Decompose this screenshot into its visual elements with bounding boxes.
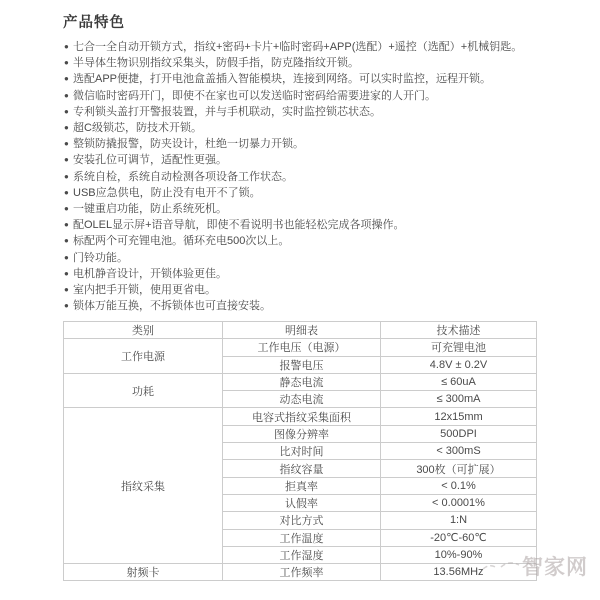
value-cell: ≤ 300mA bbox=[381, 391, 537, 408]
value-cell: 10%-90% bbox=[381, 546, 537, 563]
bullet-icon: ● bbox=[64, 169, 73, 185]
value-cell: 可充锂电池 bbox=[381, 339, 537, 356]
detail-cell: 工作电压（电源） bbox=[223, 339, 381, 356]
value-cell: 12x15mm bbox=[381, 408, 537, 425]
value-cell: 4.8V ± 0.2V bbox=[381, 356, 537, 373]
feature-list: ●七合一全自动开锁方式，指纹+密码+卡片+临时密码+APP(选配）+遥控（选配）… bbox=[64, 39, 594, 314]
spec-table: 类别明细表技术描述 工作电源工作电压（电源）可充锂电池报警电压4.8V ± 0.… bbox=[63, 321, 537, 581]
feature-item: ●半导体生物识别指纹采集头，防假手指，防克隆指纹开锁。 bbox=[64, 55, 594, 71]
value-cell: 13.56MHz bbox=[381, 564, 537, 581]
detail-cell: 比对时间 bbox=[223, 443, 381, 460]
feature-item: ●选配APP便捷，打开电池盒盖插入智能模块，连接到网络。可以实时监控，远程开锁。 bbox=[64, 71, 594, 87]
category-cell: 工作电源 bbox=[64, 339, 223, 374]
value-cell: < 0.0001% bbox=[381, 494, 537, 511]
feature-text: 半导体生物识别指纹采集头，防假手指，防克隆指纹开锁。 bbox=[73, 55, 359, 71]
value-cell: ≤ 60uA bbox=[381, 373, 537, 390]
category-cell: 射频卡 bbox=[64, 564, 223, 581]
category-cell: 功耗 bbox=[64, 373, 223, 408]
bullet-icon: ● bbox=[64, 250, 73, 266]
value-cell: 1:N bbox=[381, 512, 537, 529]
detail-cell: 报警电压 bbox=[223, 356, 381, 373]
value-cell: < 300mS bbox=[381, 443, 537, 460]
value-cell: 300枚（可扩展） bbox=[381, 460, 537, 477]
value-cell: < 0.1% bbox=[381, 477, 537, 494]
feature-text: 锁体万能互换，不拆锁体也可直接安装。 bbox=[73, 298, 271, 314]
feature-text: 专利锁头盖打开警报装置，并与手机联动，实时监控锁芯状态。 bbox=[73, 104, 381, 120]
bullet-icon: ● bbox=[64, 104, 73, 120]
bullet-icon: ● bbox=[64, 298, 73, 314]
feature-item: ●门铃功能。 bbox=[64, 250, 594, 266]
feature-item: ●专利锁头盖打开警报装置，并与手机联动，实时监控锁芯状态。 bbox=[64, 104, 594, 120]
bullet-icon: ● bbox=[64, 201, 73, 217]
detail-cell: 电容式指纹采集面积 bbox=[223, 408, 381, 425]
feature-text: 安装孔位可调节，适配性更强。 bbox=[73, 152, 227, 168]
feature-text: 配OLEL显示屏+语音导航，即使不看说明书也能轻松完成各项操作。 bbox=[73, 217, 405, 233]
feature-text: 一键重启功能，防止系统死机。 bbox=[73, 201, 227, 217]
bullet-icon: ● bbox=[64, 152, 73, 168]
feature-item: ●超C级锁芯，防技术开锁。 bbox=[64, 120, 594, 136]
detail-cell: 指纹容量 bbox=[223, 460, 381, 477]
feature-text: 七合一全自动开锁方式，指纹+密码+卡片+临时密码+APP(选配）+遥控（选配）+… bbox=[73, 39, 522, 55]
column-header: 技术描述 bbox=[381, 322, 537, 339]
feature-text: 选配APP便捷，打开电池盒盖插入智能模块，连接到网络。可以实时监控，远程开锁。 bbox=[73, 71, 491, 87]
detail-cell: 认假率 bbox=[223, 494, 381, 511]
value-cell: 500DPI bbox=[381, 425, 537, 442]
bullet-icon: ● bbox=[64, 136, 73, 152]
feature-text: 整锁防撬报警，防夹设计，杜绝一切暴力开锁。 bbox=[73, 136, 304, 152]
value-cell: -20℃-60℃ bbox=[381, 529, 537, 546]
feature-item: ●室内把手开锁，使用更省电。 bbox=[64, 282, 594, 298]
feature-text: 室内把手开锁，使用更省电。 bbox=[73, 282, 216, 298]
detail-cell: 对比方式 bbox=[223, 512, 381, 529]
bullet-icon: ● bbox=[64, 120, 73, 136]
bullet-icon: ● bbox=[64, 282, 73, 298]
table-header-row: 类别明细表技术描述 bbox=[64, 322, 537, 339]
category-cell: 指纹采集 bbox=[64, 408, 223, 564]
feature-text: 系统自检，系统自动检测各项设备工作状态。 bbox=[73, 169, 293, 185]
feature-item: ●电机静音设计，开锁体验更佳。 bbox=[64, 266, 594, 282]
bullet-icon: ● bbox=[64, 88, 73, 104]
feature-item: ●USB应急供电，防止没有电开不了锁。 bbox=[64, 185, 594, 201]
bullet-icon: ● bbox=[64, 71, 73, 87]
bullet-icon: ● bbox=[64, 233, 73, 249]
feature-item: ●整锁防撬报警，防夹设计，杜绝一切暴力开锁。 bbox=[64, 136, 594, 152]
feature-text: 微信临时密码开门，即使不在家也可以发送临时密码给需要进家的人开门。 bbox=[73, 88, 436, 104]
feature-text: 超C级锁芯，防技术开锁。 bbox=[73, 120, 202, 136]
table-row: 功耗静态电流≤ 60uA bbox=[64, 373, 537, 390]
detail-cell: 工作温度 bbox=[223, 529, 381, 546]
feature-item: ●安装孔位可调节，适配性更强。 bbox=[64, 152, 594, 168]
detail-cell: 拒真率 bbox=[223, 477, 381, 494]
detail-cell: 静态电流 bbox=[223, 373, 381, 390]
table-row: 指纹采集电容式指纹采集面积12x15mm bbox=[64, 408, 537, 425]
feature-item: ●七合一全自动开锁方式，指纹+密码+卡片+临时密码+APP(选配）+遥控（选配）… bbox=[64, 39, 594, 55]
bullet-icon: ● bbox=[64, 217, 73, 233]
bullet-icon: ● bbox=[64, 55, 73, 71]
bullet-icon: ● bbox=[64, 266, 73, 282]
detail-cell: 工作频率 bbox=[223, 564, 381, 581]
feature-text: 门铃功能。 bbox=[73, 250, 128, 266]
feature-item: ●标配两个可充锂电池。循环充电500次以上。 bbox=[64, 233, 594, 249]
product-spec-sheet: 产品特色 ●七合一全自动开锁方式，指纹+密码+卡片+临时密码+APP(选配）+遥… bbox=[0, 0, 600, 600]
table-row: 射频卡工作频率13.56MHz bbox=[64, 564, 537, 581]
column-header: 明细表 bbox=[223, 322, 381, 339]
feature-item: ●一键重启功能，防止系统死机。 bbox=[64, 201, 594, 217]
detail-cell: 动态电流 bbox=[223, 391, 381, 408]
page-title: 产品特色 bbox=[63, 11, 125, 32]
feature-text: 标配两个可充锂电池。循环充电500次以上。 bbox=[73, 233, 289, 249]
column-header: 类别 bbox=[64, 322, 223, 339]
detail-cell: 图像分辨率 bbox=[223, 425, 381, 442]
bullet-icon: ● bbox=[64, 39, 73, 55]
feature-item: ●配OLEL显示屏+语音导航，即使不看说明书也能轻松完成各项操作。 bbox=[64, 217, 594, 233]
feature-item: ●微信临时密码开门，即使不在家也可以发送临时密码给需要进家的人开门。 bbox=[64, 88, 594, 104]
feature-text: 电机静音设计，开锁体验更佳。 bbox=[73, 266, 227, 282]
table-row: 工作电源工作电压（电源）可充锂电池 bbox=[64, 339, 537, 356]
feature-item: ●系统自检，系统自动检测各项设备工作状态。 bbox=[64, 169, 594, 185]
bullet-icon: ● bbox=[64, 185, 73, 201]
detail-cell: 工作湿度 bbox=[223, 546, 381, 563]
feature-text: USB应急供电，防止没有电开不了锁。 bbox=[73, 185, 261, 201]
feature-item: ●锁体万能互换，不拆锁体也可直接安装。 bbox=[64, 298, 594, 314]
